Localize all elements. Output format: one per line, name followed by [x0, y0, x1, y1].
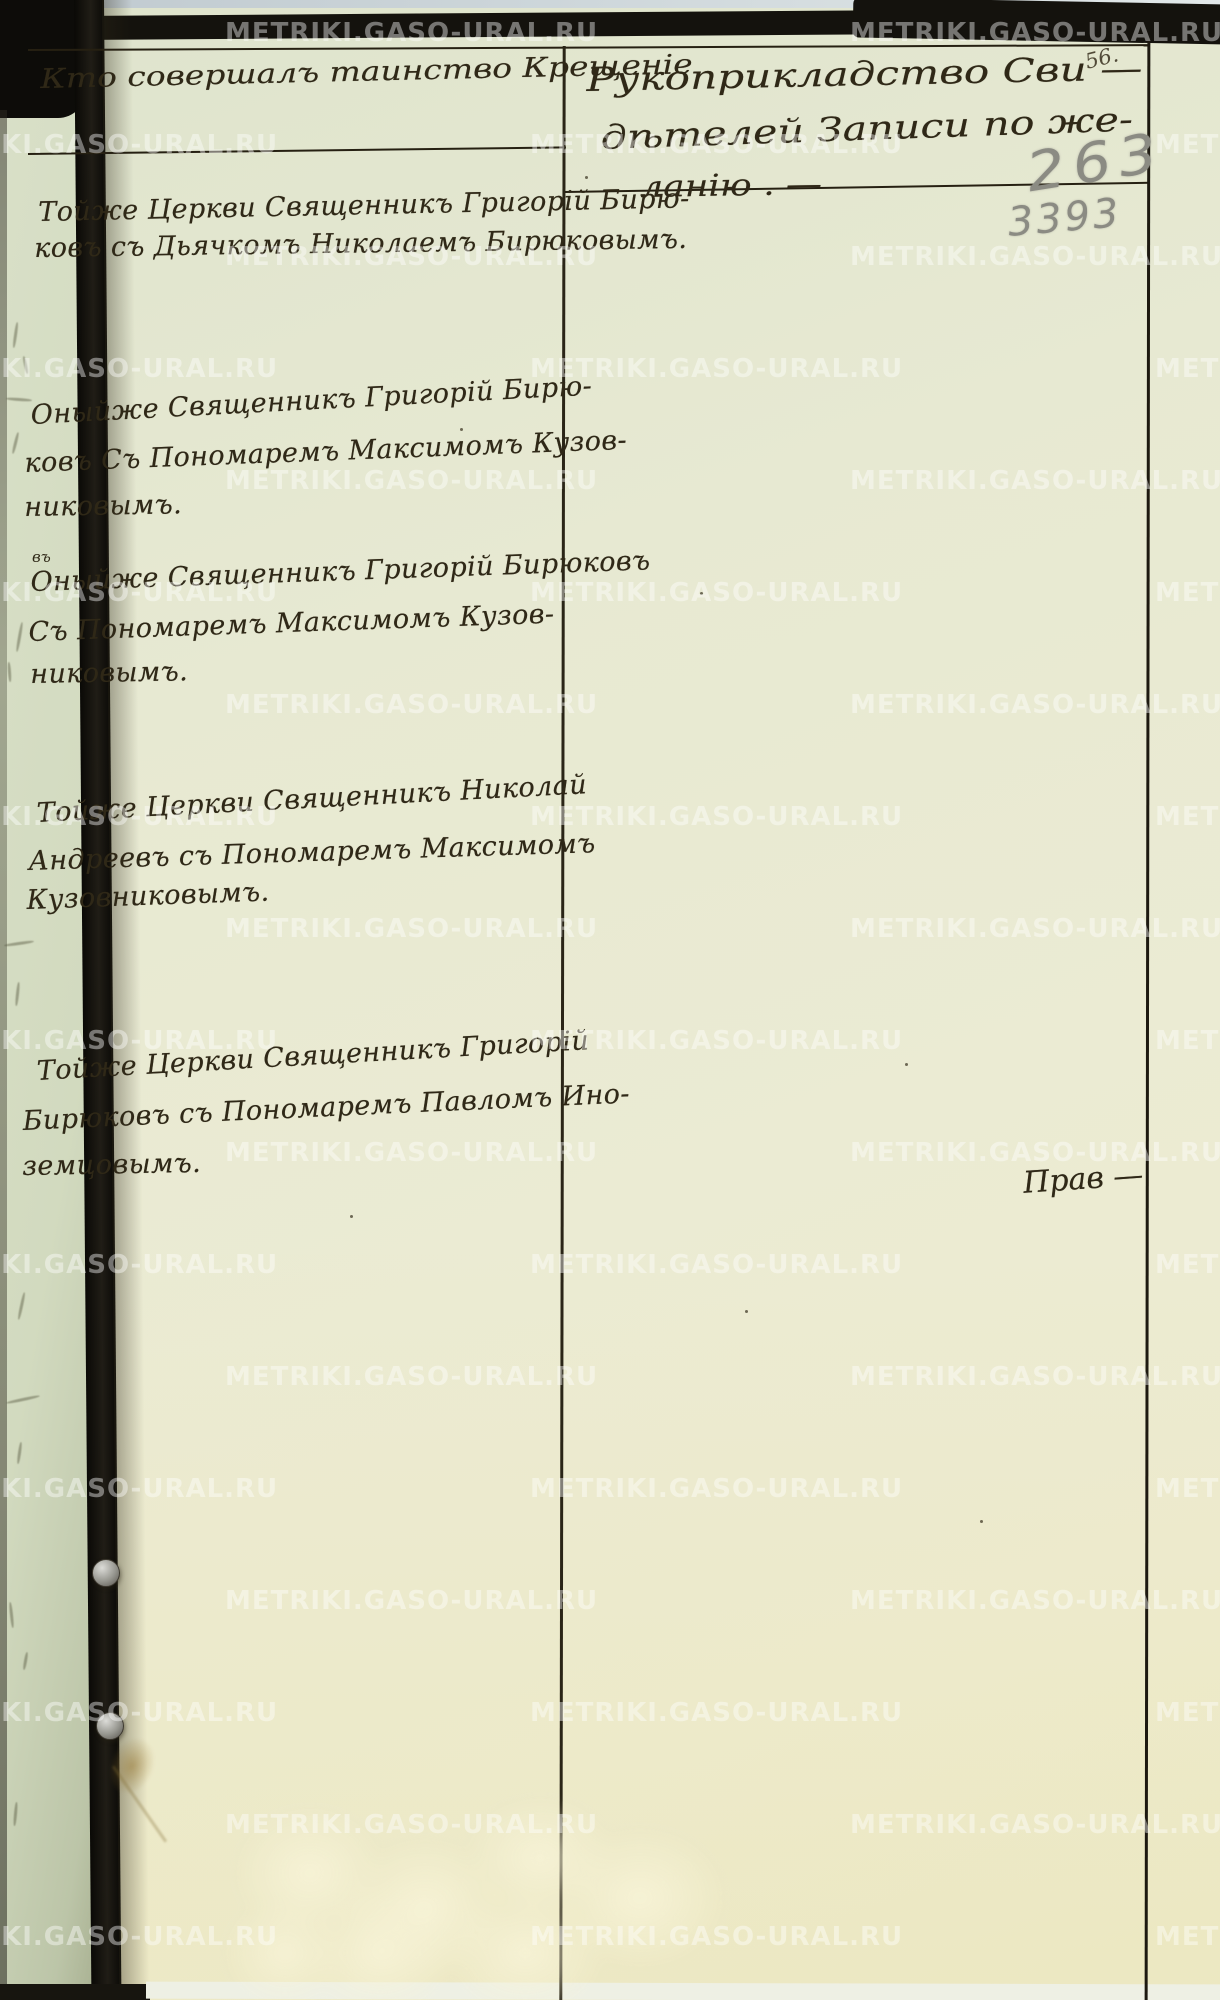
entry-2-line-3: никовымъ.: [24, 489, 182, 523]
scanned-metric-book-page: Кто совершалъ таинство Крещеніе Рукоприк…: [0, 0, 1220, 2000]
entry-3-superscript: въ: [32, 548, 51, 566]
paper-speck: [350, 1215, 353, 1218]
paper-speck: [745, 1310, 748, 1313]
paper-speck: [980, 1520, 983, 1523]
paper-speck: [700, 592, 703, 595]
page-bottom-left-edge: [0, 1984, 150, 2000]
page-top-left-corner: [0, 0, 86, 118]
page-top-right-edge: [853, 0, 1220, 45]
paper-speck: [460, 428, 463, 431]
left-page-edge: [0, 110, 7, 2000]
paper-speck: [905, 1063, 908, 1066]
entry-5-line-3: земцовымъ.: [22, 1148, 201, 1182]
binding-rivet-upper: [92, 1559, 120, 1587]
water-stain-blobs: [215, 1768, 755, 2000]
paper-speck: [585, 176, 588, 179]
entry-3-line-3: никовымъ.: [30, 656, 188, 690]
